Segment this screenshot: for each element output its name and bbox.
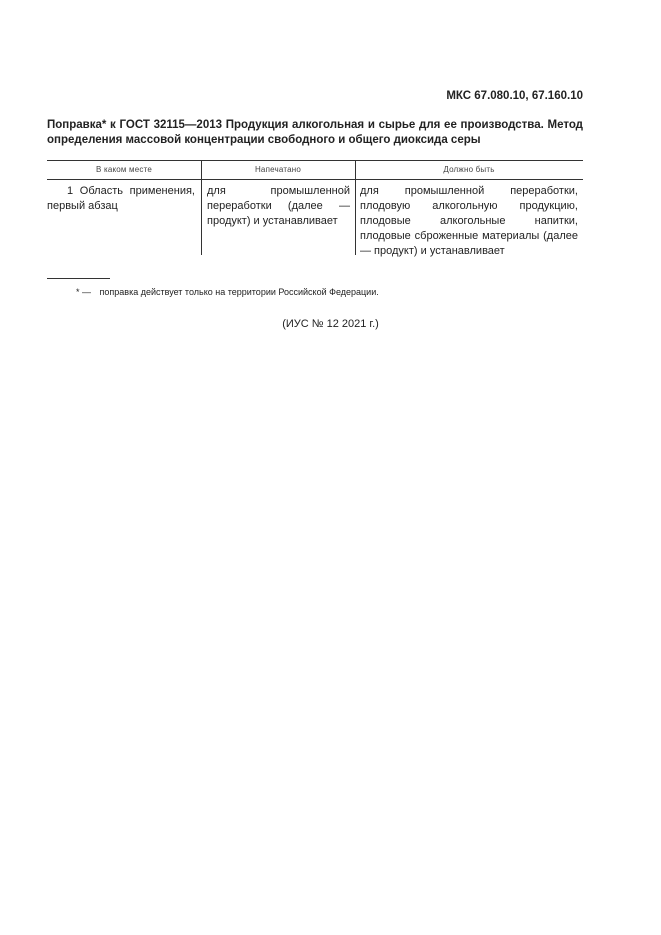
table-header-rule	[47, 179, 583, 180]
footnote-rule	[47, 278, 110, 279]
document-title: Поправка* к ГОСТ 32115—2013 Продукция ал…	[47, 118, 583, 148]
footnote: * — поправка действует только на террито…	[76, 287, 379, 297]
mks-classification: МКС 67.080.10, 67.160.10	[446, 90, 583, 102]
table-top-rule	[47, 160, 583, 161]
table-cell-printed: для промышленной переработки (далее — пр…	[207, 184, 350, 229]
column-header-should-be: Должно быть	[355, 165, 583, 174]
footnote-text: поправка действует только на территории …	[100, 287, 379, 297]
column-header-printed: Напечатано	[201, 165, 355, 174]
table-cell-place: 1 Область применения, первый абзац	[47, 184, 195, 214]
column-header-place: В каком месте	[47, 165, 201, 174]
ius-reference: (ИУС № 12 2021 г.)	[0, 318, 661, 330]
column-divider	[201, 160, 202, 255]
table-cell-should-be: для промышленной переработки, плодовую а…	[360, 184, 578, 259]
footnote-mark: * —	[76, 287, 91, 297]
column-divider	[355, 160, 356, 255]
amendment-table: В каком месте Напечатано Должно быть 1 О…	[47, 160, 583, 255]
